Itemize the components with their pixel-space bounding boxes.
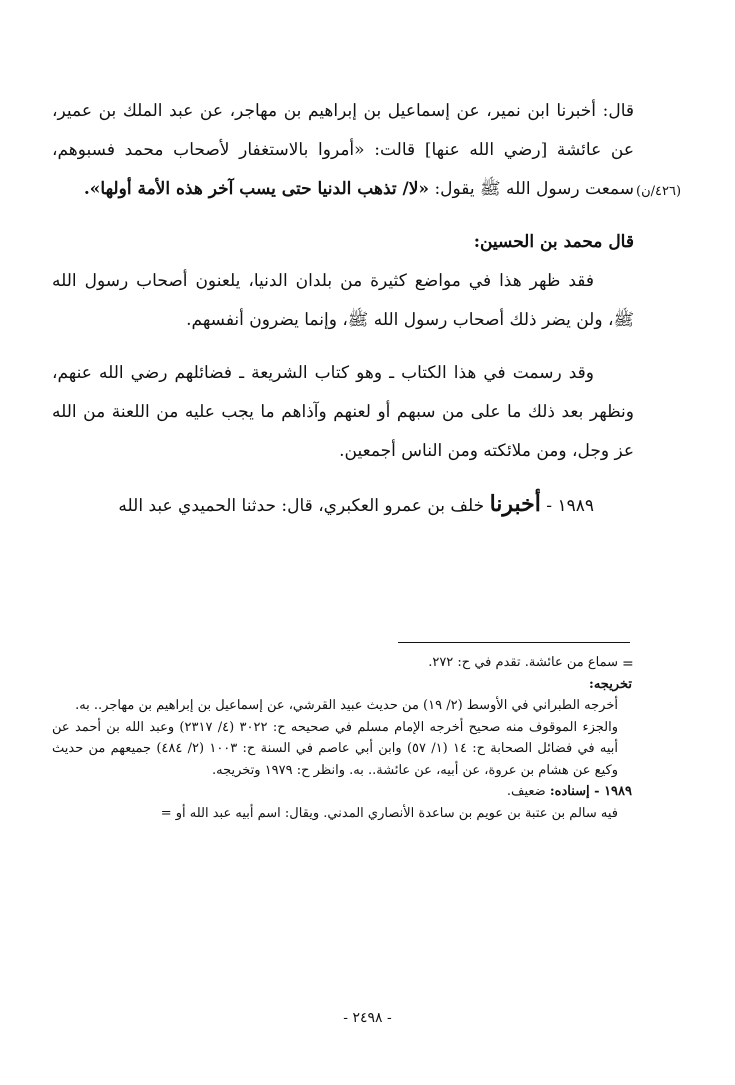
manuscript-margin-reference: (٤٢٦/ن)	[636, 184, 681, 199]
text-line: قال: أخبرنا ابن نمير، عن إسماعيل بن إبرا…	[99, 101, 634, 121]
takhrij-text: أخرجه الطبراني في الأوسط (٢/ ١٩) من حديث…	[52, 695, 632, 717]
hadith-number: ١٩٨٩ -	[541, 496, 594, 516]
isnad-value: ضعيف.	[507, 784, 550, 799]
hadith-quote: «لا/ تذهب الدنيا حتى يسب آخر هذه الأمة أ…	[84, 179, 429, 199]
hadith-lead-word: أخبرنا	[490, 491, 541, 517]
paragraph-hadith-1989: ١٩٨٩ - أخبرنا خلف بن عمرو العكبري، قال: …	[52, 485, 634, 526]
paragraph-commentary: فقد ظهر هذا في مواضع كثيرة من بلدان الدن…	[52, 262, 634, 340]
book-page: (٤٢٦/ن) قال: أخبرنا ابن نمير، عن إسماعيل…	[0, 0, 735, 1085]
footnote-last-line: فيه سالم بن عتبة بن عويم بن ساعدة الأنصا…	[52, 803, 632, 825]
paragraph-book-note: وقد رسمت في هذا الكتاب ـ وهو كتاب الشريع…	[52, 354, 634, 471]
section-heading: قال محمد بن الحسين:	[52, 223, 634, 262]
footnote-line: سماع من عائشة. تقدم في ح: ٢٧٢.	[52, 652, 632, 674]
takhrij-label: تخريجه:	[52, 674, 632, 696]
hadith-chain: خلف بن عمرو العكبري، قال: حدثنا الحميدي …	[118, 496, 489, 516]
takhrij-text-2: والجزء الموقوف منه صحيح أخرجه الإمام مسل…	[52, 717, 632, 782]
footnotes: سماع من عائشة. تقدم في ح: ٢٧٢. تخريجه: أ…	[52, 652, 632, 824]
paragraph-hadith-1988: قال: أخبرنا ابن نمير، عن إسماعيل بن إبرا…	[52, 92, 634, 209]
isnad-label: ١٩٨٩ - إسناده:	[550, 784, 632, 799]
page-number: - ٢٤٩٨ -	[0, 1010, 735, 1026]
main-text-body: قال: أخبرنا ابن نمير، عن إسماعيل بن إبرا…	[52, 92, 634, 526]
footnote-divider	[398, 642, 630, 643]
isnad-line: ١٩٨٩ - إسناده: ضعيف.	[52, 781, 632, 803]
